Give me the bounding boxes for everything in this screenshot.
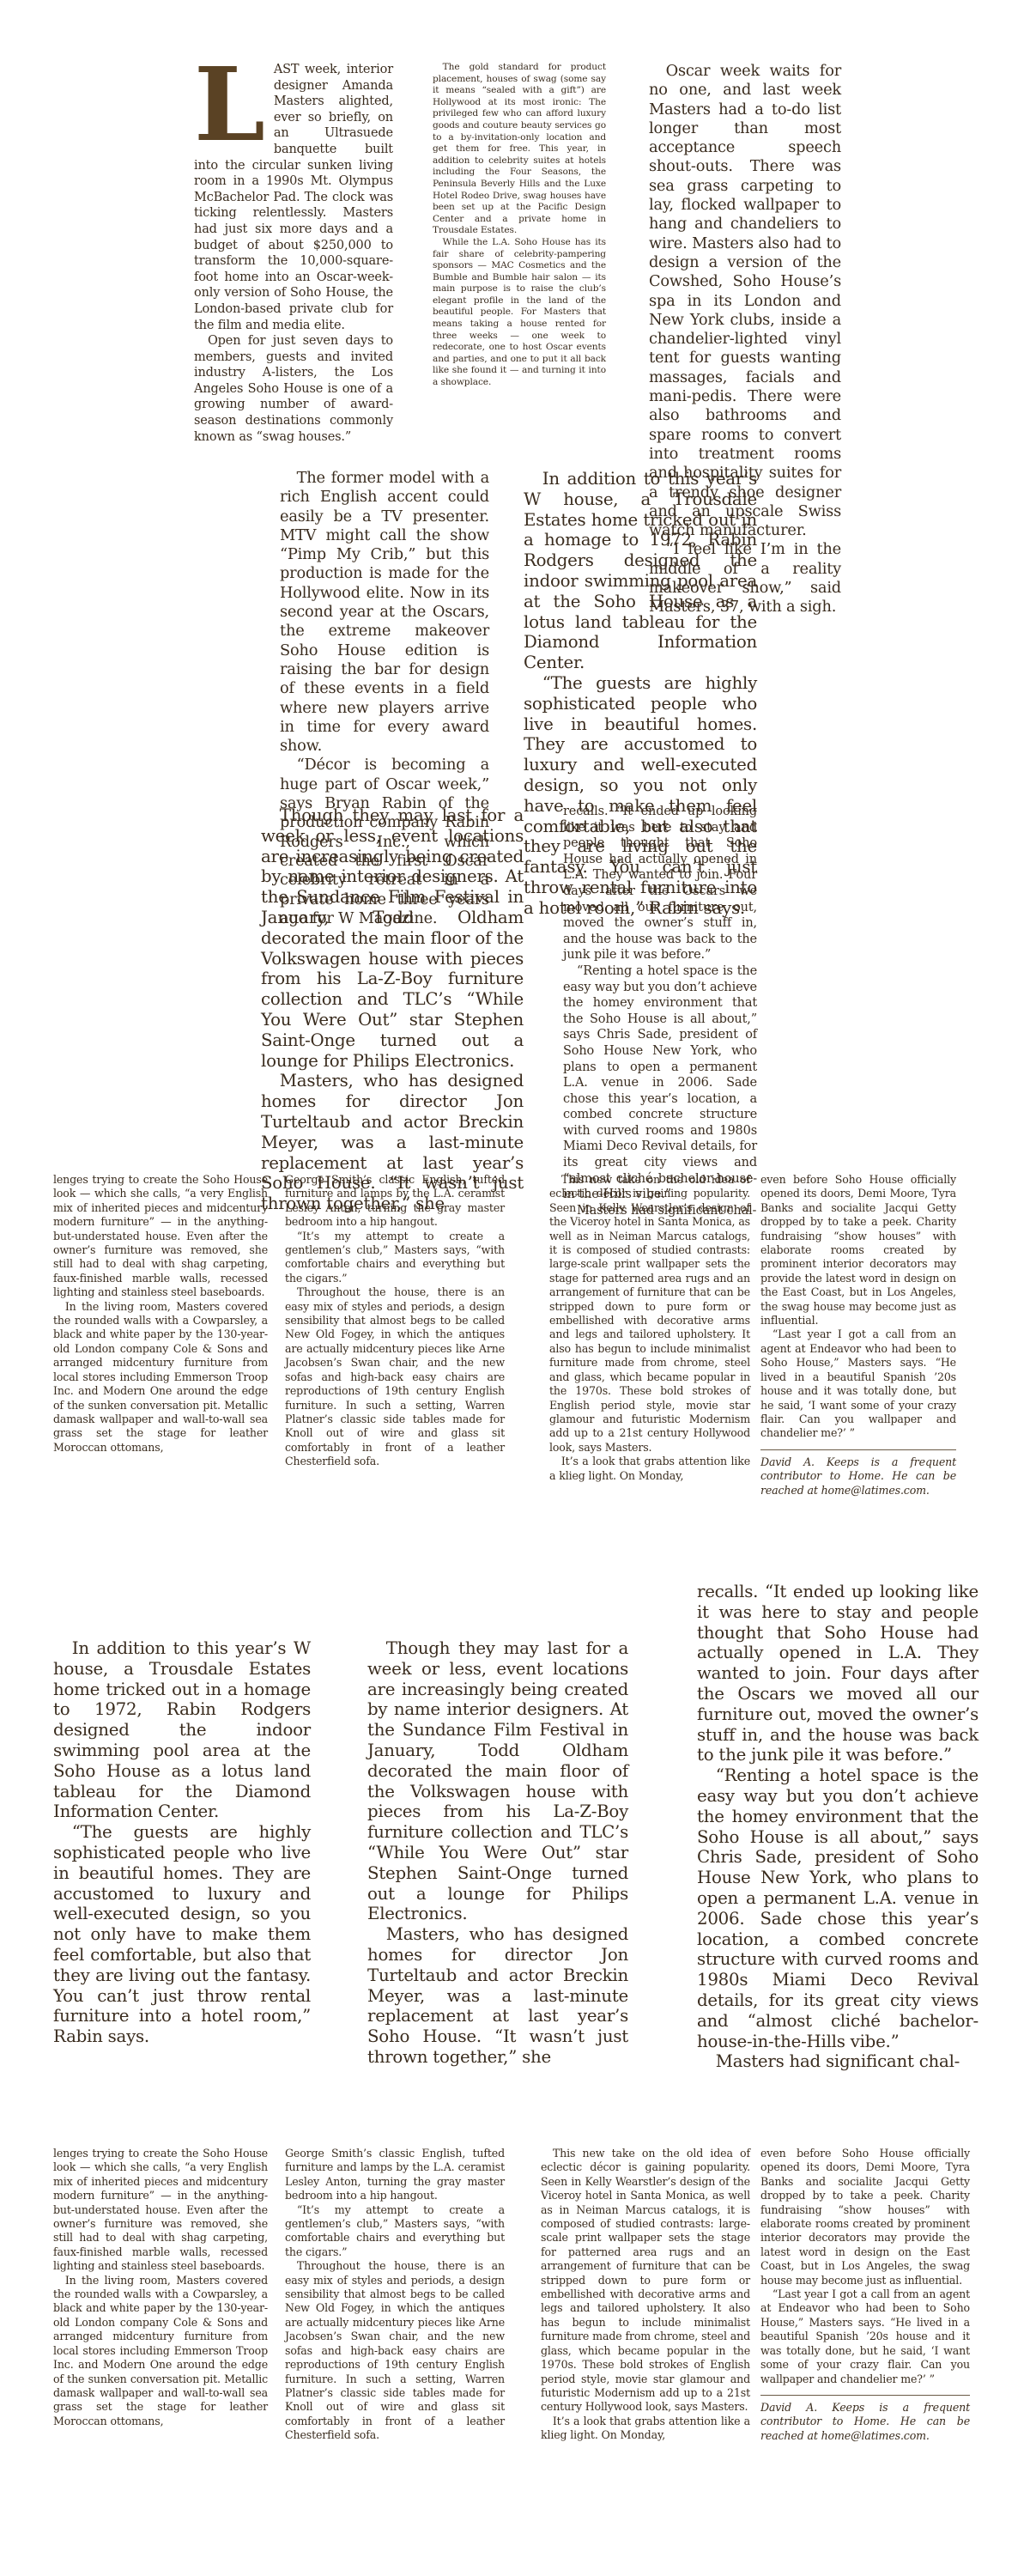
- divider-rule: [760, 1449, 956, 1450]
- s5-c3-paragraph-3: Masters had significant chal-: [697, 2051, 978, 2072]
- s1-column-2: The gold standard for product placement,…: [433, 62, 606, 389]
- s1-c2-paragraph-2: While the L.A. Soho House has its fair s…: [433, 237, 606, 389]
- s1-column-1: LAST week, interior designer Amanda Mast…: [194, 62, 393, 445]
- s4-column-3: This new take on the old idea of eclecti…: [549, 1173, 750, 1483]
- s4-c2-paragraph-1: George Smith’s classic English, tufted f…: [285, 1173, 505, 1230]
- s5-c2-paragraph-1: Though they may last for a week or less,…: [367, 1638, 628, 1924]
- s4-c2-paragraph-2: “It’s my attempt to create a gentlemen’s…: [285, 1230, 505, 1286]
- drop-cap: L: [194, 65, 265, 144]
- s4-column-1: lenges trying to create the Soho House l…: [53, 1173, 268, 1455]
- divider-rule: [760, 2395, 970, 2396]
- s6-c2-paragraph-2: “It’s my attempt to create a gentlemen’s…: [285, 2203, 505, 2260]
- s2-c1-paragraph-1: The former model with a rich English acc…: [280, 469, 489, 756]
- s5-column-1: In addition to this year’s W house, a Tr…: [53, 1638, 311, 2047]
- s6-column-4: even before Soho House officially opened…: [760, 2147, 970, 2443]
- s3-c2-paragraph-1: recalls. “It ended up looking like it wa…: [563, 804, 757, 963]
- s5-c3-paragraph-1: recalls. “It ended up looking like it wa…: [697, 1582, 978, 1765]
- s4-c1-paragraph-1: lenges trying to create the Soho House l…: [53, 1173, 268, 1300]
- s6-c1-paragraph-1: lenges trying to create the Soho House l…: [53, 2147, 268, 2274]
- s3-column-2: recalls. “It ended up looking like it wa…: [563, 804, 757, 1218]
- s4-c4-paragraph-2: “Last year I got a call from an agent at…: [760, 1327, 956, 1440]
- s1-c1-paragraph-2: Open for just seven days to members, gue…: [194, 333, 393, 445]
- s6-c2-paragraph-3: Throughout the house, there is an easy m…: [285, 2259, 505, 2442]
- s5-column-3: recalls. “It ended up looking like it wa…: [697, 1582, 978, 2072]
- s5-c1-paragraph-2: “The guests are highly sophisticated peo…: [53, 1822, 311, 2047]
- s5-column-2: Though they may last for a week or less,…: [367, 1638, 628, 2068]
- s2-c2-paragraph-1: In addition to this year’s W house, a Tr…: [524, 469, 757, 673]
- s4-c3-paragraph-1: This new take on the old idea of eclecti…: [549, 1173, 750, 1455]
- s4-c1-paragraph-2: In the living room, Masters covered the …: [53, 1300, 268, 1455]
- s3-column-1: Though they may last for a week or less,…: [261, 805, 524, 1214]
- s4-column-4: even before Soho House officially opened…: [760, 1173, 956, 1498]
- s1-c2-paragraph-1: The gold standard for product placement,…: [433, 62, 606, 237]
- s4-column-2: George Smith’s classic English, tufted f…: [285, 1173, 505, 1469]
- s6-c4-paragraph-2: “Last year I got a call from an agent at…: [760, 2287, 970, 2386]
- s6-c1-paragraph-2: In the living room, Masters covered the …: [53, 2274, 268, 2428]
- s4-c3-paragraph-2: It’s a look that grabs attention like a …: [549, 1455, 750, 1483]
- s5-c2-paragraph-2: Masters, who has designed homes for dire…: [367, 1924, 628, 2068]
- author-bio: David A. Keeps is a frequent contributor…: [760, 1455, 956, 1498]
- s3-c1-paragraph-1: Though they may last for a week or less,…: [261, 805, 524, 1071]
- s6-column-2: George Smith’s classic English, tufted f…: [285, 2147, 505, 2443]
- s6-c3-paragraph-1: This new take on the old idea of eclecti…: [541, 2147, 750, 2415]
- s4-c2-paragraph-3: Throughout the house, there is an easy m…: [285, 1285, 505, 1468]
- s6-c3-paragraph-2: It’s a look that grabs attention like a …: [541, 2415, 750, 2443]
- s3-c2-paragraph-2: “Renting a hotel space is the easy way b…: [563, 963, 757, 1203]
- s6-c2-paragraph-1: George Smith’s classic English, tufted f…: [285, 2147, 505, 2203]
- s5-c3-paragraph-2: “Renting a hotel space is the easy way b…: [697, 1765, 978, 2051]
- author-bio: David A. Keeps is a frequent contributor…: [760, 2401, 970, 2443]
- s6-column-1: lenges trying to create the Soho House l…: [53, 2147, 268, 2428]
- s6-column-3: This new take on the old idea of eclecti…: [541, 2147, 750, 2443]
- s4-c4-paragraph-1: even before Soho House officially opened…: [760, 1173, 956, 1327]
- s1-c1-paragraph-1: LAST week, interior designer Amanda Mast…: [194, 62, 393, 333]
- s6-c4-paragraph-1: even before Soho House officially opened…: [760, 2147, 970, 2287]
- s5-c1-paragraph-1: In addition to this year’s W house, a Tr…: [53, 1638, 311, 1822]
